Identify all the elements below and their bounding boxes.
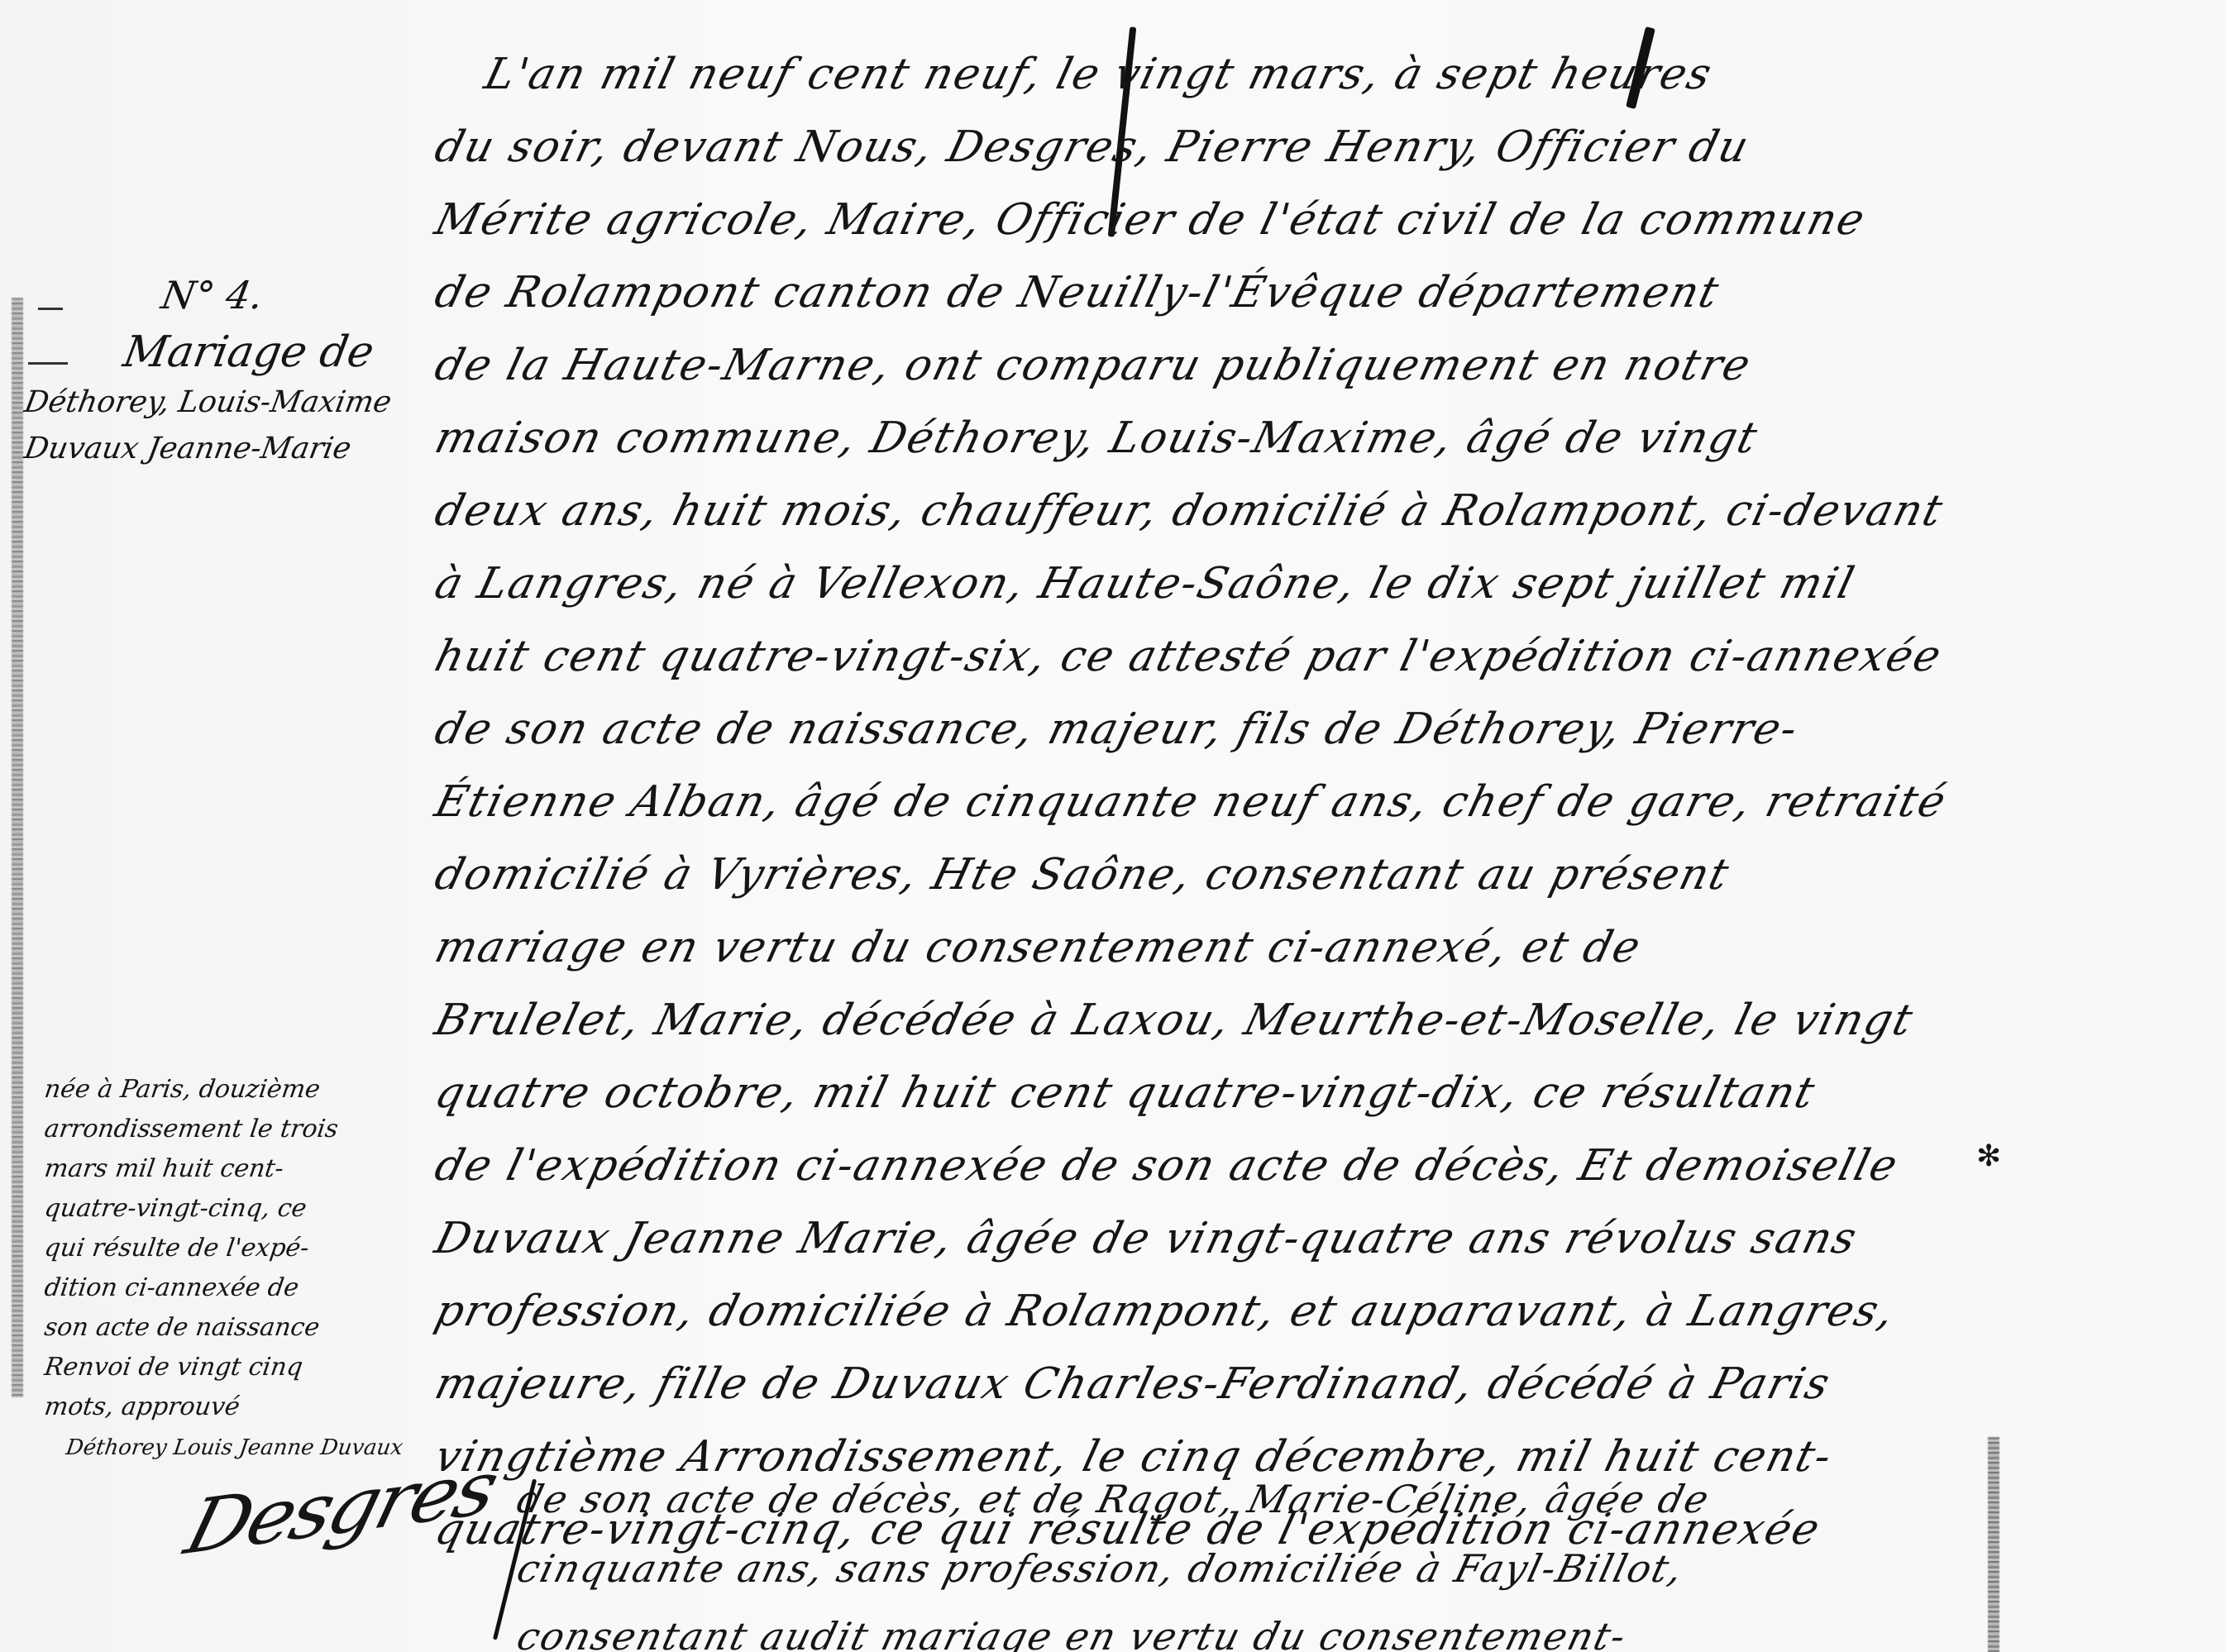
groom-name: Déthorey, Louis-Maxime bbox=[21, 385, 394, 419]
document-page: N° 4. Mariage de Déthorey, Louis-Maxime … bbox=[0, 0, 2226, 1652]
body-line: de Rolampont canton de Neuilly-l'Évêque … bbox=[430, 268, 1725, 318]
annotation-line: qui résulte de l'expé- bbox=[43, 1234, 311, 1263]
margin-rule-tick bbox=[28, 362, 68, 365]
body-line: Duvaux Jeanne Marie, âgée de vingt-quatr… bbox=[430, 1214, 1863, 1263]
body-line: vingtième Arrondissement, le cinq décemb… bbox=[430, 1432, 1838, 1482]
annotation-line: mars mil huit cent- bbox=[43, 1154, 286, 1183]
annotation-line: Renvoi de vingt cinq bbox=[43, 1353, 305, 1382]
record-number: N° 4. bbox=[158, 273, 266, 318]
annotation-line: quatre-vingt-cinq, ce bbox=[43, 1194, 308, 1223]
annotation-line: née à Paris, douzième bbox=[43, 1075, 322, 1104]
body-line: domicilié à Vyrières, Hte Saône, consent… bbox=[430, 850, 1735, 900]
body-line: de son acte de décès, et de Ragot, Marie… bbox=[513, 1477, 1715, 1521]
body-line: L'an mil neuf cent neuf, le vingt mars, … bbox=[480, 50, 1717, 99]
reference-mark-icon: ✻ bbox=[1976, 1139, 2001, 1173]
scan-shadow-right-edge bbox=[1988, 1437, 1999, 1652]
bride-name: Duvaux Jeanne-Marie bbox=[21, 432, 353, 466]
body-line: Mérite agricole, Maire, Officier de l'ét… bbox=[430, 195, 1871, 245]
body-line: du soir, devant Nous, Desgres, Pierre He… bbox=[430, 122, 1755, 172]
margin-rule-tick bbox=[38, 308, 63, 310]
body-line: majeure, fille de Duvaux Charles-Ferdina… bbox=[430, 1359, 1836, 1409]
annotation-line: son acte de naissance bbox=[43, 1313, 322, 1342]
body-line: huit cent quatre-vingt-six, ce attesté p… bbox=[430, 632, 1947, 681]
body-line: de son acte de naissance, majeur, fils d… bbox=[430, 704, 1803, 754]
annotation-line: mots, approuvé bbox=[43, 1392, 242, 1421]
body-line: de l'expédition ci-annexée de son acte d… bbox=[430, 1141, 1904, 1191]
body-line: consentant audit mariage en vertu du con… bbox=[513, 1614, 1631, 1652]
body-line: Étienne Alban, âgé de cinquante neuf ans… bbox=[430, 777, 1952, 827]
body-line: quatre octobre, mil huit cent quatre-vin… bbox=[430, 1068, 1821, 1118]
annotation-line: arrondissement le trois bbox=[43, 1115, 341, 1144]
body-line: Brulelet, Marie, décédée à Laxou, Meurth… bbox=[430, 995, 1918, 1045]
body-line: cinquante ans, sans profession, domicili… bbox=[513, 1546, 1689, 1591]
annotation-signatures: Déthorey Louis Jeanne Duvaux bbox=[64, 1435, 404, 1460]
record-title: Mariage de bbox=[120, 327, 378, 377]
body-line: maison commune, Déthorey, Louis-Maxime, … bbox=[430, 413, 1764, 463]
body-line: profession, domiciliée à Rolampont, et a… bbox=[430, 1287, 1900, 1336]
body-line: de la Haute-Marne, ont comparu publiquem… bbox=[430, 341, 1756, 390]
annotation-line: dition ci-annexée de bbox=[43, 1273, 301, 1302]
body-line: deux ans, huit mois, chauffeur, domicili… bbox=[430, 486, 1949, 536]
body-line: mariage en vertu du consentement ci-anne… bbox=[430, 923, 1646, 972]
body-line: à Langres, né à Vellexon, Haute-Saône, l… bbox=[430, 559, 1861, 609]
